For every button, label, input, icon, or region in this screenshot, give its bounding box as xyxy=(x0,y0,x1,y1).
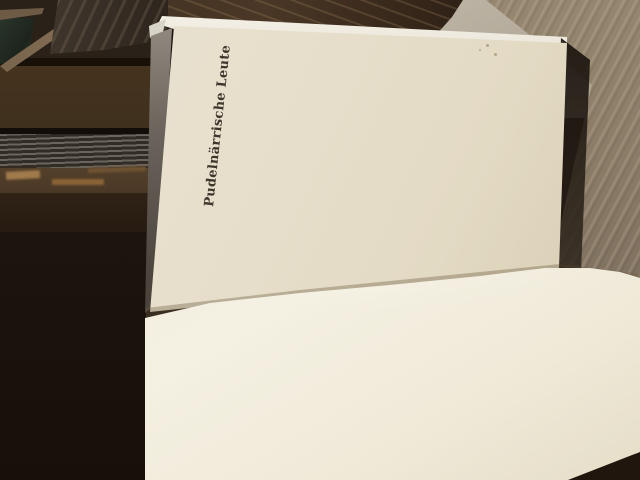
photo-of-open-book: Pudelnärrische Leute xyxy=(0,0,640,480)
wood-wear-patch xyxy=(88,166,146,173)
page-speck xyxy=(479,49,481,51)
wood-wear-patch xyxy=(52,179,104,185)
ribbed-molding-band xyxy=(0,134,152,168)
page-speck xyxy=(486,44,489,47)
wood-wear-patch xyxy=(6,170,40,180)
page-speck xyxy=(494,53,497,56)
